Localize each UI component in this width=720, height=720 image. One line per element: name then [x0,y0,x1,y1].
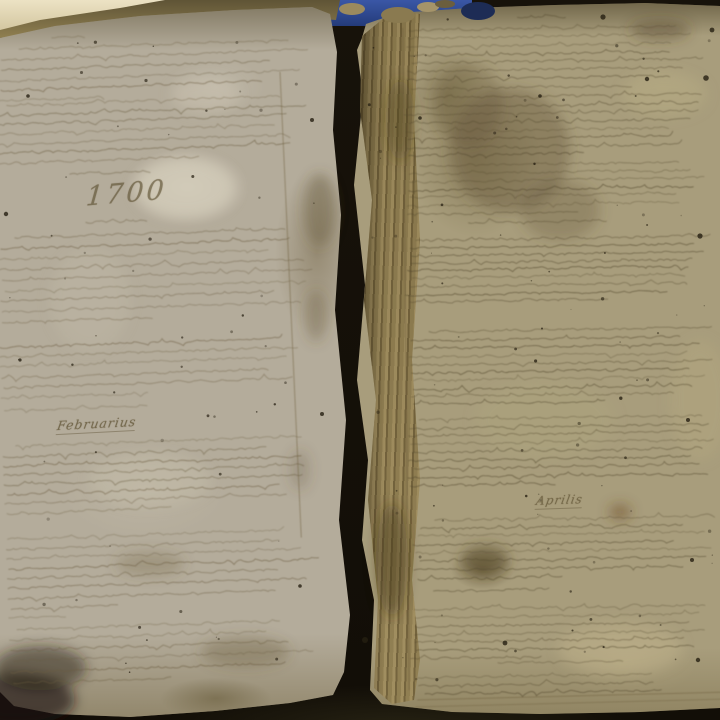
month-heading-aprilis: Aprilis [535,492,585,510]
manuscript-photo: 1700 Februarius Aprilis [0,0,720,720]
